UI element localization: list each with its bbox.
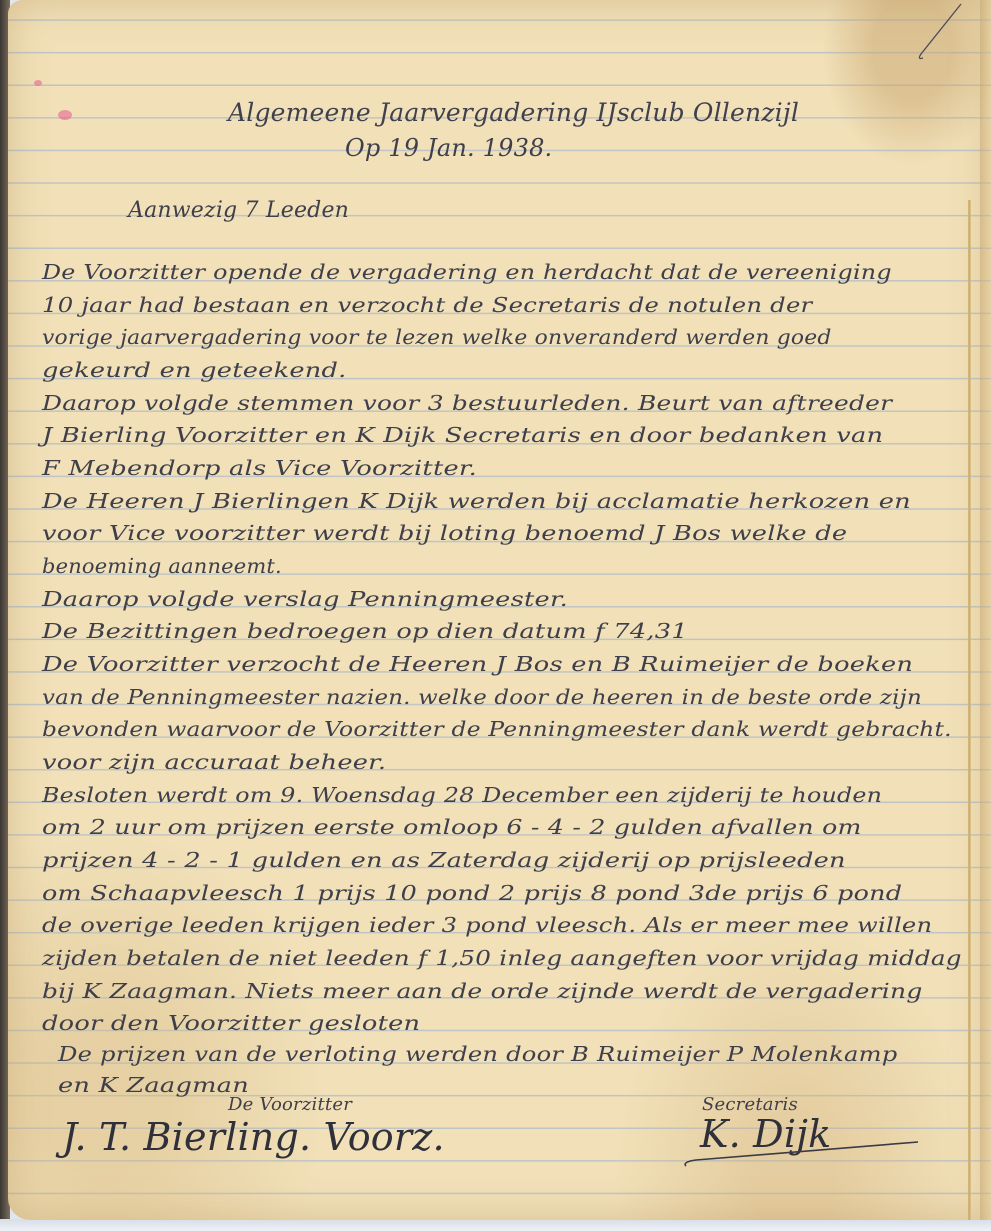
minutes-line: om Schaapvleesch 1 prijs 10 pond 2 prijs…	[42, 883, 902, 904]
minutes-line: door den Voorzitter gesloten	[42, 1013, 420, 1034]
minutes-line: en K Zaagman	[58, 1075, 249, 1096]
minutes-line: De Heeren J Bierlingen K Dijk werden bij…	[42, 491, 911, 512]
minutes-line: om 2 uur om prijzen eerste omloop 6 - 4 …	[42, 817, 862, 838]
minutes-line: De prijzen van de verloting werden door …	[58, 1044, 897, 1065]
signature-chairman: J. T. Bierling. Voorz.	[62, 1118, 445, 1156]
minutes-line: Besloten werdt om 9. Woensdag 28 Decembe…	[42, 785, 882, 806]
pen-stroke-mark	[903, 2, 963, 66]
minutes-line: De Voorzitter opende de vergadering en h…	[42, 262, 892, 283]
minutes-line: voor Vice voorzitter werdt bij loting be…	[42, 523, 847, 544]
page-title: Algemeene Jaarvergadering IJsclub Ollenz…	[228, 100, 799, 125]
minutes-line: De Voorzitter verzocht de Heeren J Bos e…	[42, 654, 913, 675]
meeting-date: Op 19 Jan. 1938.	[345, 136, 552, 160]
minutes-line: van de Penningmeester nazien. welke door…	[42, 687, 922, 708]
minutes-line: voor zijn accuraat beheer.	[42, 752, 386, 773]
minutes-line: J Bierling Voorzitter en K Dijk Secretar…	[42, 425, 883, 446]
minutes-line: F Mebendorp als Vice Voorzitter.	[42, 458, 477, 479]
signature-underline	[682, 1140, 922, 1170]
scan-backdrop-bottom	[0, 1219, 991, 1231]
minutes-line: de overige leeden krijgen ieder 3 pond v…	[42, 915, 932, 936]
ink-stain	[34, 80, 42, 86]
minutes-line: benoeming aanneemt.	[42, 556, 282, 577]
binding-thread	[968, 200, 971, 1220]
minutes-line: Daarop volgde verslag Penningmeester.	[42, 589, 568, 610]
minutes-line: prijzen 4 - 2 - 1 gulden en as Zaterdag …	[42, 850, 846, 871]
minutes-line: Daarop volgde stemmen voor 3 bestuurlede…	[42, 393, 892, 414]
attendance-line: Aanwezig 7 Leeden	[128, 200, 349, 222]
minutes-line: bij K Zaagman. Niets meer aan de orde zi…	[42, 981, 923, 1002]
minutes-line: De Bezittingen bedroegen op dien datum f…	[42, 621, 688, 642]
signature-role-chairman: De Voorzitter	[228, 1096, 352, 1114]
minutes-line: bevonden waarvoor de Voorzitter de Penni…	[42, 719, 952, 740]
page-edge	[980, 0, 991, 1220]
minutes-line: 10 jaar had bestaan en verzocht de Secre…	[42, 295, 812, 316]
minutes-line: zijden betalen de niet leeden f 1,50 inl…	[42, 948, 962, 969]
ink-stain	[58, 110, 72, 120]
minutes-line: gekeurd en geteekend.	[42, 360, 347, 381]
minutes-line: vorige jaarvergadering voor te lezen wel…	[42, 327, 832, 348]
